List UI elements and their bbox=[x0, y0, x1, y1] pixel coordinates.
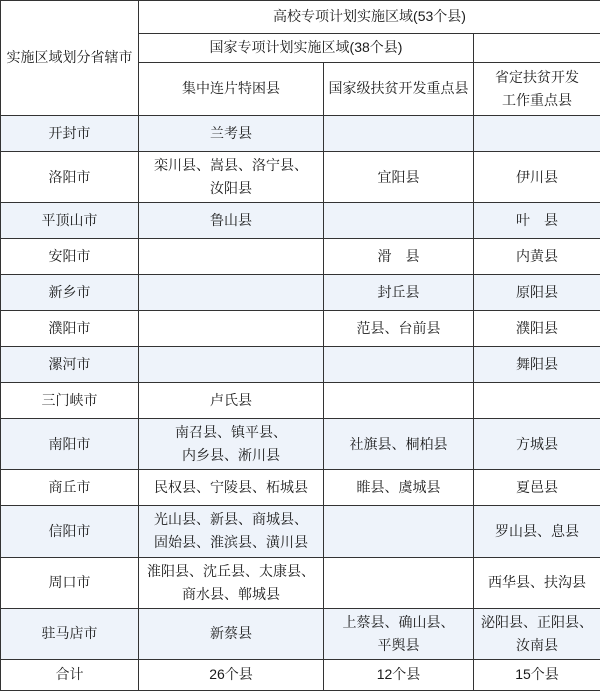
data-cell: 濮阳县 bbox=[474, 311, 600, 347]
data-cell bbox=[324, 347, 474, 383]
table-row-sanmenxia: 三门峡市 卢氏县 bbox=[1, 383, 600, 419]
data-cell: 宜阳县 bbox=[324, 152, 474, 203]
data-cell: 内黄县 bbox=[474, 239, 600, 275]
city-cell: 信阳市 bbox=[1, 506, 139, 557]
table-row-xinyang: 信阳市 光山县、新县、商城县、 固始县、淮滨县、潢川县 罗山县、息县 bbox=[1, 506, 600, 557]
data-cell bbox=[139, 347, 324, 383]
city-cell: 三门峡市 bbox=[1, 383, 139, 419]
data-cell: 淮阳县、沈丘县、太康县、 商水县、郸城县 bbox=[139, 557, 324, 608]
city-cell: 漯河市 bbox=[1, 347, 139, 383]
data-cell: 兰考县 bbox=[139, 116, 324, 152]
top-header-cell: 高校专项计划实施区域(53个县) bbox=[139, 1, 600, 34]
data-cell: 鲁山县 bbox=[139, 203, 324, 239]
data-cell: 滑 县 bbox=[324, 239, 474, 275]
table-row-zhoukou: 周口市 淮阳县、沈丘县、太康县、 商水县、郸城县 西华县、扶沟县 bbox=[1, 557, 600, 608]
city-cell: 平顶山市 bbox=[1, 203, 139, 239]
data-cell: 卢氏县 bbox=[139, 383, 324, 419]
total-cell: 12个县 bbox=[324, 659, 474, 690]
data-cell: 伊川县 bbox=[474, 152, 600, 203]
data-cell: 封丘县 bbox=[324, 275, 474, 311]
data-cell bbox=[324, 383, 474, 419]
col-header-provincial-poverty: 省定扶贫开发 工作重点县 bbox=[474, 63, 600, 116]
table-row-luoyang: 洛阳市 栾川县、嵩县、洛宁县、 汝阳县 宜阳县 伊川县 bbox=[1, 152, 600, 203]
data-cell: 新蔡县 bbox=[139, 608, 324, 659]
city-cell: 南阳市 bbox=[1, 419, 139, 470]
total-cell: 15个县 bbox=[474, 659, 600, 690]
data-cell: 光山县、新县、商城县、 固始县、淮滨县、潢川县 bbox=[139, 506, 324, 557]
data-cell: 舞阳县 bbox=[474, 347, 600, 383]
sub-header-cell: 国家专项计划实施区域(38个县) bbox=[139, 34, 474, 63]
data-cell: 社旗县、桐柏县 bbox=[324, 419, 474, 470]
data-cell bbox=[139, 239, 324, 275]
data-cell: 睢县、虞城县 bbox=[324, 470, 474, 506]
data-cell: 民权县、宁陵县、柘城县 bbox=[139, 470, 324, 506]
city-cell: 濮阳市 bbox=[1, 311, 139, 347]
city-cell: 开封市 bbox=[1, 116, 139, 152]
data-cell bbox=[474, 116, 600, 152]
data-cell: 栾川县、嵩县、洛宁县、 汝阳县 bbox=[139, 152, 324, 203]
data-cell bbox=[324, 557, 474, 608]
data-cell: 上蔡县、确山县、 平舆县 bbox=[324, 608, 474, 659]
total-label-cell: 合计 bbox=[1, 659, 139, 690]
table-row-nanyang: 南阳市 南召县、镇平县、 内乡县、淅川县 社旗县、桐柏县 方城县 bbox=[1, 419, 600, 470]
data-cell: 原阳县 bbox=[474, 275, 600, 311]
table-row-kaifeng: 开封市 兰考县 bbox=[1, 116, 600, 152]
data-cell bbox=[324, 203, 474, 239]
table-row-xinxiang: 新乡市 封丘县 原阳县 bbox=[1, 275, 600, 311]
data-cell bbox=[139, 311, 324, 347]
table-row-puyang: 濮阳市 范县、台前县 濮阳县 bbox=[1, 311, 600, 347]
data-cell: 泌阳县、正阳县、 汝南县 bbox=[474, 608, 600, 659]
sub-header-right-cell bbox=[474, 34, 600, 63]
table-row-total: 合计 26个县 12个县 15个县 bbox=[1, 659, 600, 690]
col-header-national-poverty: 国家级扶贫开发重点县 bbox=[324, 63, 474, 116]
data-cell bbox=[324, 116, 474, 152]
data-cell: 南召县、镇平县、 内乡县、淅川县 bbox=[139, 419, 324, 470]
city-cell: 商丘市 bbox=[1, 470, 139, 506]
col-header-concentrated-poverty: 集中连片特困县 bbox=[139, 63, 324, 116]
city-cell: 洛阳市 bbox=[1, 152, 139, 203]
city-cell: 新乡市 bbox=[1, 275, 139, 311]
table-row-pingdingshan: 平顶山市 鲁山县 叶 县 bbox=[1, 203, 600, 239]
header-row-1: 实施区域划分省辖市 高校专项计划实施区域(53个县) bbox=[1, 1, 600, 34]
corner-header-cell: 实施区域划分省辖市 bbox=[1, 1, 139, 116]
table-row-luohe: 漯河市 舞阳县 bbox=[1, 347, 600, 383]
table-row-anyang: 安阳市 滑 县 内黄县 bbox=[1, 239, 600, 275]
data-cell: 罗山县、息县 bbox=[474, 506, 600, 557]
table-row-shangqiu: 商丘市 民权县、宁陵县、柘城县 睢县、虞城县 夏邑县 bbox=[1, 470, 600, 506]
data-cell: 西华县、扶沟县 bbox=[474, 557, 600, 608]
implementation-region-table: 实施区域划分省辖市 高校专项计划实施区域(53个县) 国家专项计划实施区域(38… bbox=[0, 0, 600, 691]
data-cell bbox=[139, 275, 324, 311]
data-cell bbox=[324, 506, 474, 557]
city-cell: 安阳市 bbox=[1, 239, 139, 275]
data-cell: 范县、台前县 bbox=[324, 311, 474, 347]
total-cell: 26个县 bbox=[139, 659, 324, 690]
data-cell: 叶 县 bbox=[474, 203, 600, 239]
table-row-zhumadian: 驻马店市 新蔡县 上蔡县、确山县、 平舆县 泌阳县、正阳县、 汝南县 bbox=[1, 608, 600, 659]
data-cell: 夏邑县 bbox=[474, 470, 600, 506]
city-cell: 周口市 bbox=[1, 557, 139, 608]
city-cell: 驻马店市 bbox=[1, 608, 139, 659]
data-cell bbox=[474, 383, 600, 419]
data-cell: 方城县 bbox=[474, 419, 600, 470]
